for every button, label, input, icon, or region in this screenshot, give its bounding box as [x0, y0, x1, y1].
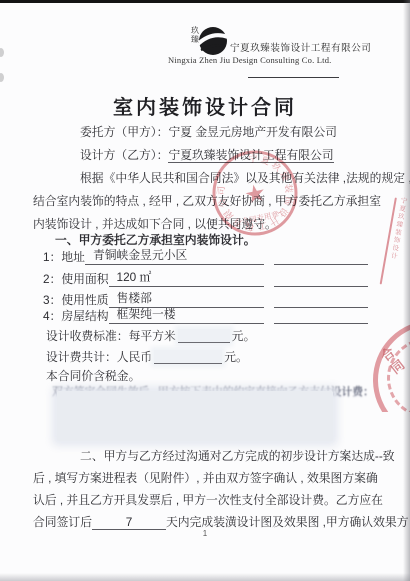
- contract-item-area: 2：使用面积120 ㎡: [43, 268, 368, 287]
- contract-seal-stamp: 合同: [366, 320, 410, 412]
- party-entrust-line: 委托方（甲方）：宁夏 金昱元房地产开发有限公司: [80, 123, 337, 140]
- contract-page: 玖臻 宁夏玖臻装饰设计工程有限公司 Ningxia Zhen Jiu Desig…: [0, 0, 410, 581]
- underline-fill: [191, 251, 264, 265]
- underline-fill: [180, 310, 264, 324]
- days-post: 天内完成装潢设计图及效果图 ,甲方确认效果方: [166, 515, 409, 529]
- scan-right-edge: [403, 0, 410, 581]
- scan-smudge: [0, 73, 4, 82]
- company-seal-stamp: 宁夏玖臻装饰设计工程有限公司 ★ 合同专用章: [198, 136, 312, 250]
- contract-item-address: 1：地址青铜峡金昱元小区: [43, 246, 368, 265]
- section2-line: 认后 , 并且乙方开具发票后 , 甲方一次性支付全部设计费。乙方应在: [33, 491, 383, 508]
- fee-total-suffix: 元。: [224, 350, 248, 364]
- company-name-en: Ningxia Zhen Jiu Design Consulting Co. L…: [168, 55, 331, 65]
- tax-note: 本合同价含税金。: [46, 367, 140, 384]
- section2-line: 后 , 填写方案进程表（见附件）, 并由双方签字确认 , 效果图方案确: [33, 469, 378, 486]
- company-name-cn: 宁夏玖臻装饰设计工程有限公司: [230, 40, 371, 54]
- underline-fill: [274, 310, 368, 324]
- fee-standard-label: 设计收费标准：每平方米: [46, 329, 176, 343]
- contract-item-structure: 4：房屋结构框架纯一楼: [43, 305, 368, 324]
- item-label: 4：房屋结构: [43, 307, 109, 324]
- item-value: 框架纯一楼: [109, 305, 180, 324]
- fee-total-label: 设计费共计：人民币: [46, 350, 152, 364]
- underline-fill: [155, 273, 264, 287]
- scan-bottom-edge: [0, 573, 410, 581]
- document-title: 室内装饰设计合同: [0, 91, 410, 120]
- fee-total-line: 设计费共计：人民币元。: [46, 348, 248, 365]
- page-number: 1: [0, 529, 410, 538]
- item-label: 2：使用面积: [43, 270, 109, 287]
- scan-smudge: [0, 48, 4, 57]
- seal-star-icon: ★: [242, 179, 269, 210]
- scan-top-edge: [0, 0, 410, 3]
- item-value: 青铜峡金昱元小区: [85, 246, 191, 265]
- fee-standard-suffix: 元。: [232, 329, 256, 343]
- header-divider: [248, 77, 339, 78]
- section2-line-days: 合同签订后7天内完成装潢设计图及效果图 ,甲方确认效果方: [33, 513, 409, 530]
- days-pre: 合同签订后: [33, 515, 92, 529]
- whiteout-blank: [178, 329, 230, 343]
- logo-text: 玖臻: [191, 26, 200, 44]
- whiteout-blank: [154, 350, 222, 364]
- underline-fill: [274, 273, 368, 287]
- fee-standard-line: 设计收费标准：每平方米元。: [46, 327, 255, 344]
- entrust-value: 宁夏 金昱元房地产开发有限公司: [168, 125, 336, 139]
- redacted-table-block: [57, 391, 333, 441]
- underline-fill: [274, 251, 368, 265]
- section2-line: 二、甲方与乙方经过沟通对乙方完成的初步设计方案达成--致: [80, 447, 395, 464]
- days-value: 7: [92, 515, 166, 530]
- entrust-label: 委托方（甲方）：: [80, 125, 168, 139]
- item-label: 1：地址: [43, 248, 85, 265]
- design-label: 设计方（乙方）：: [80, 148, 168, 162]
- item-value: 120 ㎡: [109, 268, 156, 287]
